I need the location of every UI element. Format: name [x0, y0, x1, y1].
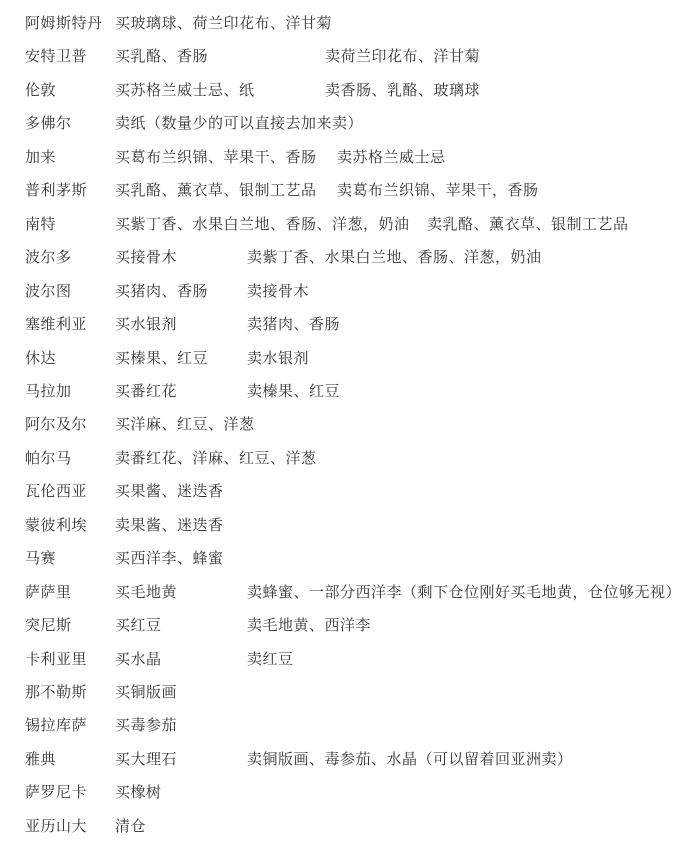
trade-info: 卖果酱、迷迭香	[115, 515, 224, 535]
table-row: 伦敦 买苏格兰威士忌、纸 卖香肠、乳酪、玻璃球	[0, 80, 690, 100]
trade-info: 买苏格兰威士忌、纸	[115, 80, 255, 100]
trade-info: 买水银剂	[115, 314, 177, 334]
sell-info: 卖红豆	[247, 649, 294, 669]
trade-info: 买水晶	[115, 649, 162, 669]
trade-info: 买番红花	[115, 381, 177, 401]
city-name: 安特卫普	[25, 46, 87, 66]
trade-info: 买接骨木	[115, 247, 177, 267]
trade-info: 买紫丁香、水果白兰地、香肠、洋葱，奶油	[115, 214, 410, 234]
trade-info: 买大理石	[115, 749, 177, 769]
table-row: 卡利亚里 买水晶 卖红豆	[0, 649, 690, 669]
table-row: 萨萨里 买毛地黄 卖蜂蜜、一部分西洋李（剩下仓位刚好买毛地黄，仓位够无视）	[0, 582, 690, 602]
trade-info: 买葛布兰织锦、苹果干、香肠	[115, 147, 317, 167]
sell-info: 卖猪肉、香肠	[247, 314, 340, 334]
table-row: 波尔多 买接骨木 卖紫丁香、水果白兰地、香肠、洋葱，奶油	[0, 247, 690, 267]
table-row: 马拉加 买番红花 卖榛果、红豆	[0, 381, 690, 401]
table-row: 塞维利亚 买水银剂 卖猪肉、香肠	[0, 314, 690, 334]
city-name: 伦敦	[25, 80, 56, 100]
trade-info: 买果酱、迷迭香	[115, 481, 224, 501]
table-row: 阿尔及尔 买洋麻、红豆、洋葱	[0, 414, 690, 434]
table-row: 安特卫普 买乳酪、香肠 卖荷兰印花布、洋甘菊	[0, 46, 690, 66]
trade-info: 买猪肉、香肠	[115, 281, 208, 301]
table-row: 那不勒斯 买铜版画	[0, 682, 690, 702]
sell-info: 卖榛果、红豆	[247, 381, 340, 401]
city-name: 雅典	[25, 749, 56, 769]
city-name: 加来	[25, 147, 56, 167]
city-name: 休达	[25, 348, 56, 368]
city-name: 蒙彼利埃	[25, 515, 87, 535]
trade-info: 清仓	[115, 816, 146, 836]
city-name: 南特	[25, 214, 56, 234]
city-name: 马拉加	[25, 381, 72, 401]
table-row: 加来 买葛布兰织锦、苹果干、香肠 卖苏格兰威士忌	[0, 147, 690, 167]
city-name: 卡利亚里	[25, 649, 87, 669]
city-name: 马赛	[25, 548, 56, 568]
city-name: 阿姆斯特丹	[25, 13, 103, 33]
city-name: 突尼斯	[25, 615, 72, 635]
city-name: 亚历山大	[25, 816, 87, 836]
city-name: 瓦伦西亚	[25, 481, 87, 501]
table-row: 锡拉库萨 买毒参茄	[0, 715, 690, 735]
sell-info: 卖荷兰印花布、洋甘菊	[325, 46, 480, 66]
sell-info: 卖香肠、乳酪、玻璃球	[325, 80, 480, 100]
trade-info: 买洋麻、红豆、洋葱	[115, 414, 255, 434]
sell-info: 卖铜版画、毒参茄、水晶（可以留着回亚洲卖）	[247, 749, 573, 769]
trade-info: 买毛地黄	[115, 582, 177, 602]
city-name: 波尔多	[25, 247, 72, 267]
city-name: 锡拉库萨	[25, 715, 87, 735]
table-row: 阿姆斯特丹 买玻璃球、荷兰印花布、洋甘菊	[0, 13, 690, 33]
table-row: 波尔图 买猪肉、香肠 卖接骨木	[0, 281, 690, 301]
table-row: 多佛尔 卖纸（数量少的可以直接去加来卖）	[0, 113, 690, 133]
city-name: 阿尔及尔	[25, 414, 87, 434]
trade-info: 买乳酪、香肠	[115, 46, 208, 66]
trade-info: 买铜版画	[115, 682, 177, 702]
city-name: 萨萨里	[25, 582, 72, 602]
trade-info: 买红豆	[115, 615, 162, 635]
table-row: 休达 买榛果、红豆 卖水银剂	[0, 348, 690, 368]
table-row: 萨罗尼卡 买橡树	[0, 782, 690, 802]
sell-info: 卖接骨木	[247, 281, 309, 301]
sell-info: 卖紫丁香、水果白兰地、香肠、洋葱，奶油	[247, 247, 542, 267]
sell-info: 卖乳酪、薰衣草、银制工艺品	[427, 214, 629, 234]
city-name: 萨罗尼卡	[25, 782, 87, 802]
trade-info: 买玻璃球、荷兰印花布、洋甘菊	[115, 13, 332, 33]
city-name: 普利茅斯	[25, 180, 87, 200]
city-name: 塞维利亚	[25, 314, 87, 334]
table-row: 马赛 买西洋李、蜂蜜	[0, 548, 690, 568]
table-row: 瓦伦西亚 买果酱、迷迭香	[0, 481, 690, 501]
table-row: 突尼斯 买红豆 卖毛地黄、西洋李	[0, 615, 690, 635]
city-name: 帕尔马	[25, 448, 72, 468]
trade-info: 卖番红花、洋麻、红豆、洋葱	[115, 448, 317, 468]
trade-route-document: 阿姆斯特丹 买玻璃球、荷兰印花布、洋甘菊 安特卫普 买乳酪、香肠 卖荷兰印花布、…	[0, 0, 690, 857]
table-row: 南特 买紫丁香、水果白兰地、香肠、洋葱，奶油 卖乳酪、薰衣草、银制工艺品	[0, 214, 690, 234]
table-row: 雅典 买大理石 卖铜版画、毒参茄、水晶（可以留着回亚洲卖）	[0, 749, 690, 769]
sell-info: 卖苏格兰威士忌	[337, 147, 446, 167]
table-row: 亚历山大 清仓	[0, 816, 690, 836]
sell-info: 卖毛地黄、西洋李	[247, 615, 371, 635]
city-name: 波尔图	[25, 281, 72, 301]
sell-info: 卖蜂蜜、一部分西洋李（剩下仓位刚好买毛地黄，仓位够无视）	[247, 582, 681, 602]
sell-info: 卖水银剂	[247, 348, 309, 368]
trade-info: 买乳酪、薰衣草、银制工艺品	[115, 180, 317, 200]
city-name: 那不勒斯	[25, 682, 87, 702]
trade-info: 买毒参茄	[115, 715, 177, 735]
table-row: 蒙彼利埃 卖果酱、迷迭香	[0, 515, 690, 535]
trade-info: 买榛果、红豆	[115, 348, 208, 368]
table-row: 普利茅斯 买乳酪、薰衣草、银制工艺品 卖葛布兰织锦、苹果干，香肠	[0, 180, 690, 200]
sell-info: 卖葛布兰织锦、苹果干，香肠	[337, 180, 539, 200]
table-row: 帕尔马 卖番红花、洋麻、红豆、洋葱	[0, 448, 690, 468]
trade-info: 买橡树	[115, 782, 162, 802]
city-name: 多佛尔	[25, 113, 72, 133]
trade-info: 买西洋李、蜂蜜	[115, 548, 224, 568]
trade-info: 卖纸（数量少的可以直接去加来卖）	[115, 113, 363, 133]
